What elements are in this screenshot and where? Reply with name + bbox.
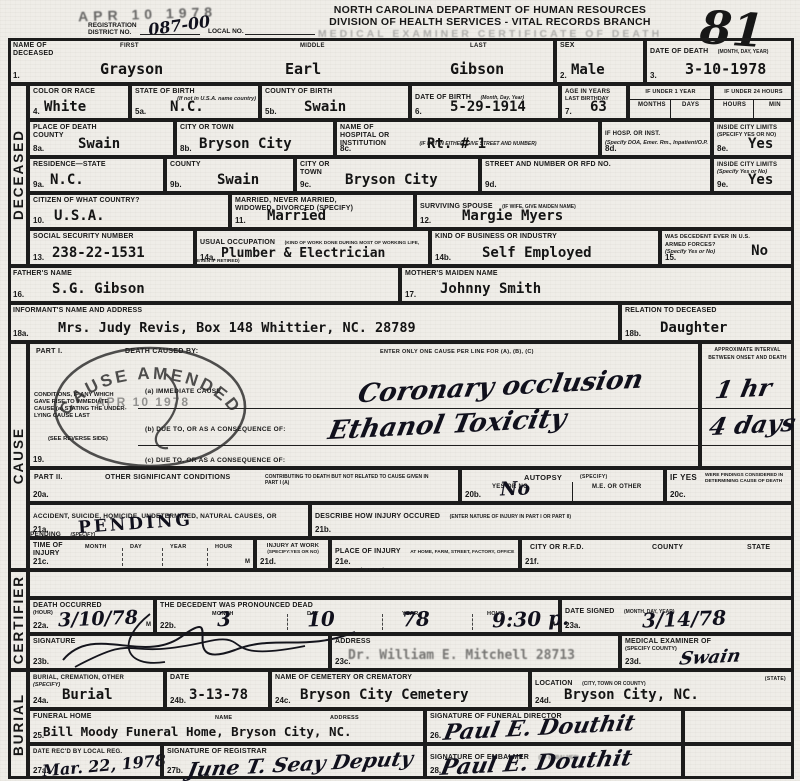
funeral-home-address-header: ADDRESS xyxy=(330,715,359,721)
under-24-hours-min-header: MIN xyxy=(769,102,781,108)
race-value: White xyxy=(44,99,86,115)
date-signed-num: 23a. xyxy=(565,621,581,630)
age-num: 7. xyxy=(565,107,572,116)
name-first-header: FIRST xyxy=(120,43,139,49)
interval-a-value: 1 hr xyxy=(713,373,775,405)
part1-note: ENTER ONLY ONE CAUSE PER LINE FOR (A), (… xyxy=(380,349,534,355)
interval-header: APPROXIMATE INTERVAL BETWEEN ONSET AND D… xyxy=(702,344,792,362)
cemetery-label: NAME OF CEMETERY OR CREMATORY xyxy=(272,672,528,682)
svg-text:CAUSE AMENDED: CAUSE AMENDED xyxy=(55,364,245,419)
race-label: COLOR OR RACE xyxy=(30,86,128,96)
autopsy-value: No xyxy=(500,477,531,500)
time-hour-header: HOUR xyxy=(215,544,232,550)
name-first-value: Grayson xyxy=(100,60,163,78)
mother-name-label: MOTHER'S MAIDEN NAME xyxy=(402,268,792,278)
age-value: 63 xyxy=(590,99,607,115)
department-title: NORTH CAROLINA DEPARTMENT OF HUMAN RESOU… xyxy=(290,4,690,40)
sex-label: SEX xyxy=(557,40,643,50)
how-injury-num: 21b. xyxy=(315,525,331,534)
name-middle-header: MIDDLE xyxy=(300,43,325,49)
cemetery-value: Bryson City Cemetery xyxy=(300,687,469,703)
findings-label: IF YES xyxy=(670,473,697,482)
part2-word: PART II. xyxy=(34,474,63,481)
field-burial-date: DATE 24b. 3-13-78 xyxy=(165,670,270,709)
field-certification-statement xyxy=(28,570,794,598)
examiner-address-label: ADDRESS xyxy=(332,636,618,646)
section-burial-label: BURIAL xyxy=(11,693,26,756)
occupation-num: 14a. xyxy=(200,253,216,262)
ssn-num: 13. xyxy=(33,253,44,262)
how-injury-sub: (ENTER NATURE OF INJURY IN PART I OR PAR… xyxy=(447,514,573,520)
under-24-hours-hours-header: HOURS xyxy=(723,102,746,108)
field-date-signed: DATE SIGNED (MONTH, DAY, YEAR) 23a. 3/14… xyxy=(560,598,794,634)
ssn-label: SOCIAL SECURITY NUMBER xyxy=(30,231,193,241)
field-age: AGE IN YEARS LAST BIRTHDAY 7. 63 xyxy=(560,84,628,120)
field-part2-conditions: PART II. OTHER SIGNIFICANT CONDITIONS CO… xyxy=(28,468,460,503)
field-medical-examiner-of: MEDICAL EXAMINER OF (SPECIFY COUNTY) 23d… xyxy=(620,634,794,670)
father-name-value: S.G. Gibson xyxy=(52,281,145,297)
interval-b-value: 4 days xyxy=(707,408,799,441)
how-injury-label: DESCRIBE HOW INJURY OCCURED xyxy=(312,511,442,520)
funeral-home-name-header: NAME xyxy=(215,715,232,721)
field-if-under-24-hours: IF UNDER 24 HOURS HOURS MIN xyxy=(712,84,794,120)
residence-county-value: Swain xyxy=(217,172,259,188)
field-place-of-death-county: PLACE OF DEATH COUNTY 8a. Swain xyxy=(28,120,175,157)
place-of-injury-label: PLACE OF INJURY xyxy=(332,546,403,555)
field-date-received: DATE REC'D BY LOCAL REG. 27a. Mar. 22, 1… xyxy=(28,744,162,779)
time-of-injury-m: M xyxy=(245,559,250,565)
cemetery-location-label: LOCATION xyxy=(532,678,575,687)
industry-num: 14b. xyxy=(435,253,451,262)
injury-at-work-label: INJURY AT WORK xyxy=(257,540,328,550)
hospital-num: 8c. xyxy=(340,144,351,153)
occupation-label: USUAL OCCUPATION xyxy=(197,237,277,246)
examiner-address-value: Dr. William E. Mitchell 28713 xyxy=(348,648,575,663)
manner-num: 21a. xyxy=(33,525,49,534)
stamp-squiggle xyxy=(156,374,177,448)
time-day-header: DAY xyxy=(130,544,142,550)
relation-value: Daughter xyxy=(660,320,727,336)
residence-state-value: N.C. xyxy=(50,172,84,188)
field-date-of-birth: DATE OF BIRTH (Month, Day, Year) 6. 5-29… xyxy=(410,84,560,120)
registration-word: REGISTRATION xyxy=(88,22,137,29)
examiner-signature-num: 23b. xyxy=(33,657,49,666)
citizen-value: U.S.A. xyxy=(54,208,105,224)
findings-sub: WERE FINDINGS CONSIDERED IN DETERMINING … xyxy=(705,473,795,484)
field-cemetery: NAME OF CEMETERY OR CREMATORY 24c. Bryso… xyxy=(270,670,530,709)
city-limits-9e-value: Yes xyxy=(748,172,773,188)
surviving-spouse-num: 12. xyxy=(420,216,431,225)
place-of-death-county-value: Swain xyxy=(78,136,120,152)
stamp-arc-text: CAUSE AMENDED xyxy=(55,364,245,419)
autopsy-sub: (SPECIFY) xyxy=(580,474,607,480)
district-no-line xyxy=(140,34,200,35)
injury-city-header: CITY OR R.F.D. xyxy=(530,544,584,551)
residence-city-label: CITY OR TOWN xyxy=(297,159,342,177)
funeral-director-num: 26. xyxy=(430,731,441,740)
field-name-of-deceased: NAME OF DECEASED FIRST MIDDLE LAST 1. Gr… xyxy=(8,38,555,84)
field-injury-location: CITY OR R.F.D. COUNTY STATE 21f. xyxy=(520,538,794,570)
time-of-injury-label: TIME OF INJURY xyxy=(30,540,75,558)
burial-date-value: 3-13-78 xyxy=(189,687,248,703)
marital-status-num: 11. xyxy=(235,216,246,225)
field-registrar-signature: SIGNATURE OF REGISTRAR 27b. June T. Seay… xyxy=(162,744,425,779)
death-occurred-num: 22a. xyxy=(33,621,49,630)
field-cemetery-location: LOCATION (CITY, TOWN OR COUNTY) (STATE) … xyxy=(530,670,794,709)
place-of-death-city-num: 8b. xyxy=(180,144,192,153)
time-of-injury-num: 21c. xyxy=(33,557,49,566)
relation-num: 18b. xyxy=(625,329,641,338)
injury-county-header: COUNTY xyxy=(652,544,683,551)
county-of-birth-num: 5b. xyxy=(265,107,277,116)
burial-type-value: Burial xyxy=(62,687,113,703)
burial-date-num: 24b. xyxy=(170,696,186,705)
cemetery-location-value: Bryson City, NC. xyxy=(564,687,699,703)
city-limits-9e-num: 9e. xyxy=(717,180,728,189)
relation-label: RELATION TO DECEASED xyxy=(622,305,792,315)
residence-city-value: Bryson City xyxy=(345,172,438,188)
department-title-line2: DIVISION OF HEALTH SERVICES - VITAL RECO… xyxy=(290,16,690,28)
date-of-birth-num: 6. xyxy=(415,107,422,116)
registration-district-label: REGISTRATION DISTRICT NO. xyxy=(88,22,137,36)
pronounced-year-value: 78 xyxy=(402,607,431,632)
hosp-or-inst-sub: (Specify DOA, Emer. Rm., Inpatient/O.P. xyxy=(602,140,710,146)
section-burial-band: BURIAL xyxy=(8,670,28,779)
time-year-header: YEAR xyxy=(170,544,186,550)
under-1-year-months-header: MONTHS xyxy=(638,102,666,108)
pronounced-m: M xyxy=(550,622,555,628)
ssn-value: 238-22-1531 xyxy=(52,245,145,261)
sex-value: Male xyxy=(571,62,605,78)
field-sex: SEX 2. Male xyxy=(555,38,645,84)
cause-amended-stamp: CAUSE AMENDED APR 10 1978 xyxy=(48,344,253,471)
pronounced-hour-value: 9:30 p. xyxy=(492,606,570,633)
place-of-death-city-value: Bryson City xyxy=(199,136,292,152)
director-license-label xyxy=(685,711,792,713)
field-place-of-death-city: CITY OR TOWN 8b. Bryson City xyxy=(175,120,335,157)
under-24-hours-label: IF UNDER 24 HOURS xyxy=(714,86,792,96)
field-examiner-address: ADDRESS 23c. Dr. William E. Mitchell 287… xyxy=(330,634,620,670)
field-embalmer-signature: SIGNATURE OF EMBALMER (OF EMBALMER) 28. … xyxy=(425,744,683,779)
examiner-signature-scrawl xyxy=(55,612,365,670)
name-label: NAME OF DECEASED xyxy=(10,40,75,58)
street-number-label: STREET AND NUMBER OR RFD NO. xyxy=(482,159,710,169)
field-burial-type: BURIAL, CREMATION, OTHER (SPECIFY) 24a. … xyxy=(28,670,165,709)
mother-name-value: Johnny Smith xyxy=(440,281,541,297)
field-residence-county: COUNTY 9b. Swain xyxy=(165,157,295,193)
field-interval-column: APPROXIMATE INTERVAL BETWEEN ONSET AND D… xyxy=(700,342,794,468)
section-cause-label: CAUSE xyxy=(11,427,26,484)
field-how-injury-occurred: DESCRIBE HOW INJURY OCCURED (ENTER NATUR… xyxy=(310,503,794,538)
field-county-of-birth: COUNTY OF BIRTH 5b. Swain xyxy=(260,84,410,120)
injury-at-work-num: 21d. xyxy=(260,557,276,566)
marital-status-value: Married xyxy=(267,208,326,224)
field-inside-city-limits-8e: INSIDE CITY LIMITS (SPECIFY YES OR NO) 8… xyxy=(712,120,794,157)
name-middle-value: Earl xyxy=(285,60,321,78)
burial-type-label: BURIAL, CREMATION, OTHER xyxy=(30,672,163,682)
date-of-death-label: DATE OF DEATH xyxy=(647,46,710,55)
registrar-num: 27b. xyxy=(167,766,183,775)
city-limits-9e-label: INSIDE CITY LIMITS xyxy=(714,159,792,169)
date-of-death-value: 3-10-1978 xyxy=(685,60,766,78)
informant-num: 18a. xyxy=(13,329,29,338)
field-industry: KIND OF BUSINESS OR INDUSTRY 14b. Self E… xyxy=(430,229,660,266)
field-inside-city-limits-9e: INSIDE CITY LIMITS (Specify Yes or No) 9… xyxy=(712,157,794,193)
death-certificate-scan: APR 10 1978 REGISTRATION DISTRICT NO. 08… xyxy=(0,0,800,781)
name-num: 1. xyxy=(13,71,20,80)
father-name-num: 16. xyxy=(13,290,24,299)
cemetery-num: 24c. xyxy=(275,696,291,705)
armed-forces-num: 15. xyxy=(665,253,676,262)
embalmer-license-label xyxy=(685,746,792,748)
field-residence-city: CITY OR TOWN 9c. Bryson City xyxy=(295,157,480,193)
citizen-label: CITIZEN OF WHAT COUNTRY? xyxy=(30,195,228,205)
field-funeral-home: FUNERAL HOME NAME ADDRESS 25. Bill Moody… xyxy=(28,709,425,744)
field-autopsy: AUTOPSY (SPECIFY) YES OR NO M.E. OR OTHE… xyxy=(460,468,665,503)
injury-state-header: STATE xyxy=(747,544,770,551)
county-of-birth-value: Swain xyxy=(304,99,346,115)
hospital-value: Rt. # 1 xyxy=(427,136,486,152)
due-to-b-value: Ethanol Toxicity xyxy=(326,404,569,446)
field-findings-considered: IF YES WERE FINDINGS CONSIDERED IN DETER… xyxy=(665,468,794,503)
cemetery-location-num: 24d. xyxy=(535,696,551,705)
field-funeral-director-signature: SIGNATURE OF FUNERAL DIRECTOR 26. Paul E… xyxy=(425,709,683,744)
mother-name-num: 17. xyxy=(405,290,416,299)
state-of-birth-label: STATE OF BIRTH xyxy=(132,86,258,96)
under-1-year-days-header: DAYS xyxy=(682,102,699,108)
field-occupation: USUAL OCCUPATION (KIND OF WORK DONE DURI… xyxy=(195,229,430,266)
burial-type-num: 24a. xyxy=(33,696,49,705)
city-limits-8e-num: 8e. xyxy=(717,144,728,153)
father-name-label: FATHER'S NAME xyxy=(10,268,398,278)
city-limits-8e-value: Yes xyxy=(748,136,773,152)
field-place-of-injury: PLACE OF INJURY AT HOME, FARM, STREET, F… xyxy=(330,538,520,570)
residence-county-label: COUNTY xyxy=(167,159,293,169)
part1-num: 19. xyxy=(33,455,44,464)
field-date-of-death: DATE OF DEATH (MONTH, DAY, YEAR) 3. 3-10… xyxy=(645,38,794,84)
injury-at-work-sub: (SPECIFY:YES OR NO) xyxy=(257,550,328,556)
department-title-line1: NORTH CAROLINA DEPARTMENT OF HUMAN RESOU… xyxy=(290,4,690,16)
name-last-value: Gibson xyxy=(450,60,504,78)
residence-state-num: 9a. xyxy=(33,180,44,189)
field-mother-name: MOTHER'S MAIDEN NAME 17. Johnny Smith xyxy=(400,266,794,303)
occupation-value: Plumber & Electrician xyxy=(221,246,385,261)
interval-rule-b xyxy=(702,445,792,446)
field-relation: RELATION TO DECEASED 18b. Daughter xyxy=(620,303,794,342)
section-certifier-label: CERTIFIER xyxy=(11,575,26,664)
field-hosp-or-inst: IF HOSP. OR INST. (Specify DOA, Emer. Rm… xyxy=(600,120,712,157)
date-of-birth-value: 5-29-1914 xyxy=(450,99,526,115)
cemetery-location-state-header: (STATE) xyxy=(765,676,786,682)
residence-county-num: 9b. xyxy=(170,180,182,189)
informant-label: INFORMANT'S NAME AND ADDRESS xyxy=(10,305,618,315)
date-of-death-sub: (MONTH, DAY, YEAR) xyxy=(715,49,771,55)
race-num: 4. xyxy=(33,107,40,116)
date-signed-label: DATE SIGNED xyxy=(562,606,617,615)
autopsy-num: 20b. xyxy=(465,490,481,499)
industry-label: KIND OF BUSINESS OR INDUSTRY xyxy=(432,231,658,241)
date-of-death-num: 3. xyxy=(650,71,657,80)
field-state-of-birth: STATE OF BIRTH (If not in U.S.A. name co… xyxy=(130,84,260,120)
name-last-header: LAST xyxy=(470,43,487,49)
field-embalmer-license xyxy=(683,744,794,779)
part2-sub: CONTRIBUTING TO DEATH BUT NOT RELATED TO… xyxy=(265,474,435,486)
hosp-or-inst-label: IF HOSP. OR INST. xyxy=(602,129,662,137)
injury-location-num: 21f. xyxy=(525,557,539,566)
city-limits-8e-label: INSIDE CITY LIMITS xyxy=(714,122,792,132)
field-citizen: CITIZEN OF WHAT COUNTRY? 10. U.S.A. xyxy=(28,193,230,229)
age-label: AGE IN YEARS xyxy=(562,86,626,96)
armed-forces-label: WAS DECEDENT EVER IN U.S. ARMED FORCES? xyxy=(662,231,757,249)
armed-forces-value: No xyxy=(751,243,768,259)
state-of-birth-value: N.C. xyxy=(170,99,204,115)
field-residence-state: RESIDENCE—STATE 9a. N.C. xyxy=(28,157,165,193)
findings-num: 20c. xyxy=(670,490,686,499)
district-no-word: DISTRICT NO. xyxy=(88,29,131,36)
hosp-or-inst-num: 8d. xyxy=(605,144,617,153)
residence-state-label: RESIDENCE—STATE xyxy=(30,159,163,169)
surviving-spouse-value: Margie Myers xyxy=(462,208,563,224)
field-hospital: NAME OF HOSPITAL OR INSTITUTION (IF NOT … xyxy=(335,120,600,157)
medical-examiner-of-label: MEDICAL EXAMINER OF xyxy=(622,636,792,646)
field-father-name: FATHER'S NAME 16. S.G. Gibson xyxy=(8,266,400,303)
section-cause-band: CAUSE xyxy=(8,342,28,570)
informant-value: Mrs. Judy Revis, Box 148 Whittier, NC. 2… xyxy=(58,320,416,336)
section-deceased-band: DECEASED xyxy=(8,84,28,266)
citizen-num: 10. xyxy=(33,216,44,225)
part2-num: 20a. xyxy=(33,490,49,499)
field-marital-status: MARRIED, NEVER MARRIED, WIDOWED, DIVORCE… xyxy=(230,193,415,229)
place-of-injury-num: 21e. xyxy=(335,557,351,566)
residence-city-num: 9c. xyxy=(300,180,311,189)
part2-label: OTHER SIGNIFICANT CONDITIONS xyxy=(105,474,230,481)
section-certifier-band: CERTIFIER xyxy=(8,570,28,670)
local-no-label: LOCAL NO. xyxy=(208,28,244,35)
street-number-num: 9d. xyxy=(485,180,497,189)
place-of-death-county-num: 8a. xyxy=(33,144,44,153)
field-if-under-1-year: IF UNDER 1 YEAR MONTHS DAYS xyxy=(628,84,712,120)
state-of-birth-num: 5a. xyxy=(135,107,146,116)
embalmer-signature-value: Paul E. Douthit xyxy=(438,745,634,781)
sex-num: 2. xyxy=(560,71,567,80)
field-informant: INFORMANT'S NAME AND ADDRESS 18a. Mrs. J… xyxy=(8,303,620,342)
field-time-of-injury: TIME OF INJURY MONTH DAY YEAR HOUR 21c. … xyxy=(28,538,255,570)
under-1-year-label: IF UNDER 1 YEAR xyxy=(630,86,710,96)
industry-value: Self Employed xyxy=(482,245,592,261)
county-of-birth-label: COUNTY OF BIRTH xyxy=(262,86,408,96)
armed-forces-sub: (Specify Yes or No) xyxy=(662,249,792,255)
burial-date-label: DATE xyxy=(167,672,268,682)
date-signed-value: 3/14/78 xyxy=(642,606,727,633)
field-race: COLOR OR RACE 4. White xyxy=(28,84,130,120)
time-month-header: MONTH xyxy=(85,544,107,550)
field-armed-forces: WAS DECEDENT EVER IN U.S. ARMED FORCES? … xyxy=(660,229,794,266)
funeral-home-value: Bill Moody Funeral Home, Bryson City, NC… xyxy=(43,724,352,739)
immediate-cause-value: Coronary occlusion xyxy=(355,365,645,410)
place-of-death-city-label: CITY OR TOWN xyxy=(177,122,333,132)
field-manner-of-death: ACCIDENT, SUICIDE, HOMICIDE, UNDETERMINE… xyxy=(28,503,310,538)
field-street-number: STREET AND NUMBER OR RFD NO. 9d. xyxy=(480,157,712,193)
field-ssn: SOCIAL SECURITY NUMBER 13. 238-22-1531 xyxy=(28,229,195,266)
medical-examiner-of-num: 23d. xyxy=(625,657,641,666)
section-deceased-label: DECEASED xyxy=(11,129,26,220)
autopsy-me-header: M.E. OR OTHER xyxy=(592,484,642,490)
field-injury-at-work: INJURY AT WORK (SPECIFY:YES OR NO) 21d. xyxy=(255,538,330,570)
field-director-license xyxy=(683,709,794,744)
field-surviving-spouse: SURVIVING SPOUSE (IF WIFE, GIVE MAIDEN N… xyxy=(415,193,794,229)
medical-examiner-of-value: Swain xyxy=(678,645,743,669)
